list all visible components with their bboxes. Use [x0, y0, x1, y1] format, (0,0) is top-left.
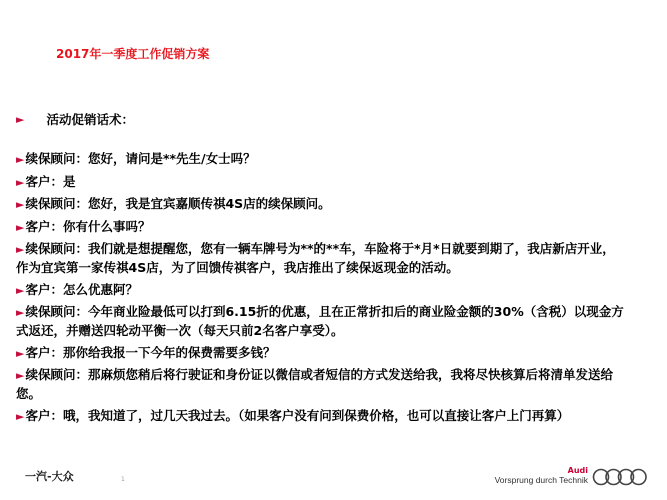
dialogue-line: ►客户：那你给我报一下今年的保费需要多钱？ — [16, 344, 626, 363]
bullet-arrow-icon: ► — [16, 347, 24, 360]
dialogue-text: 续保顾问：我们就是想提醒您，您有一辆车牌号为**的**车，车险将于*月*日就要到… — [16, 241, 615, 275]
page-title: 2017年一季度工作促销方案 — [56, 45, 209, 62]
dialogue-text: 客户：哦，我知道了，过几天我过去。（如果客户没有问到保费价格，也可以直接让客户上… — [25, 408, 569, 423]
section-heading: ► 活动促销话术： — [16, 110, 134, 128]
dialogue-line: ►续保顾问：您好，请问是**先生/女士吗？ — [16, 150, 626, 169]
dialogue-text: 客户：那你给我报一下今年的保费需要多钱？ — [25, 345, 275, 360]
dialogue-line: ►续保顾问：今年商业险最低可以打到6.15折的优惠，且在正常折扣后的商业险金额的… — [16, 303, 626, 340]
dialogue-text: 续保顾问：您好，我是宜宾嘉顺传祺4S店的续保顾问。 — [25, 196, 330, 211]
dialogue-text: 客户：是 — [25, 174, 75, 189]
audi-rings-icon — [592, 467, 648, 487]
bullet-arrow-icon: ► — [16, 221, 24, 234]
bullet-arrow-icon: ► — [16, 243, 24, 256]
audi-logo-block: Audi Vorsprung durch Technik — [478, 466, 648, 488]
dialogue-line: ►续保顾问：您好，我是宜宾嘉顺传祺4S店的续保顾问。 — [16, 195, 626, 214]
bullet-arrow-icon: ► — [16, 306, 24, 319]
faw-vw-logo: 一汽-大众 — [25, 468, 74, 484]
dialogue-text: 续保顾问：今年商业险最低可以打到6.15折的优惠，且在正常折扣后的商业险金额的3… — [16, 304, 624, 338]
page-number: 1 — [121, 476, 125, 483]
dialogue-line: ►客户：哦，我知道了，过几天我过去。（如果客户没有问到保费价格，也可以直接让客户… — [16, 407, 626, 426]
section-heading-label: 活动促销话术： — [46, 110, 134, 128]
dialogue-line: ►续保顾问：我们就是想提醒您，您有一辆车牌号为**的**车，车险将于*月*日就要… — [16, 240, 626, 277]
dialogue-line: ►客户：你有什么事吗？ — [16, 218, 626, 237]
dialogue-text: 续保顾问：您好，请问是**先生/女士吗？ — [25, 151, 255, 166]
audi-brand: Audi — [495, 466, 588, 475]
dialogue-list: ►续保顾问：您好，请问是**先生/女士吗？ ►客户：是 ►续保顾问：您好，我是宜… — [16, 150, 626, 429]
bullet-arrow-icon: ► — [16, 410, 24, 423]
dialogue-text: 续保顾问：那麻烦您稍后将行驶证和身份证以微信或者短信的方式发送给我，我将尽快核算… — [16, 367, 613, 401]
dialogue-line: ►客户：怎么优惠阿？ — [16, 281, 626, 300]
dialogue-line: ►续保顾问：那麻烦您稍后将行驶证和身份证以微信或者短信的方式发送给我，我将尽快核… — [16, 366, 626, 403]
dialogue-text: 客户：怎么优惠阿？ — [25, 282, 138, 297]
audi-slogan: Vorsprung durch Technik — [495, 475, 588, 486]
bullet-arrow-icon: ► — [16, 369, 24, 382]
dialogue-line: ►客户：是 — [16, 173, 626, 192]
dialogue-text: 客户：你有什么事吗？ — [25, 219, 150, 234]
bullet-arrow-icon: ► — [16, 113, 24, 126]
bullet-arrow-icon: ► — [16, 198, 24, 211]
bullet-arrow-icon: ► — [16, 284, 24, 297]
bullet-arrow-icon: ► — [16, 176, 24, 189]
bullet-arrow-icon: ► — [16, 153, 24, 166]
